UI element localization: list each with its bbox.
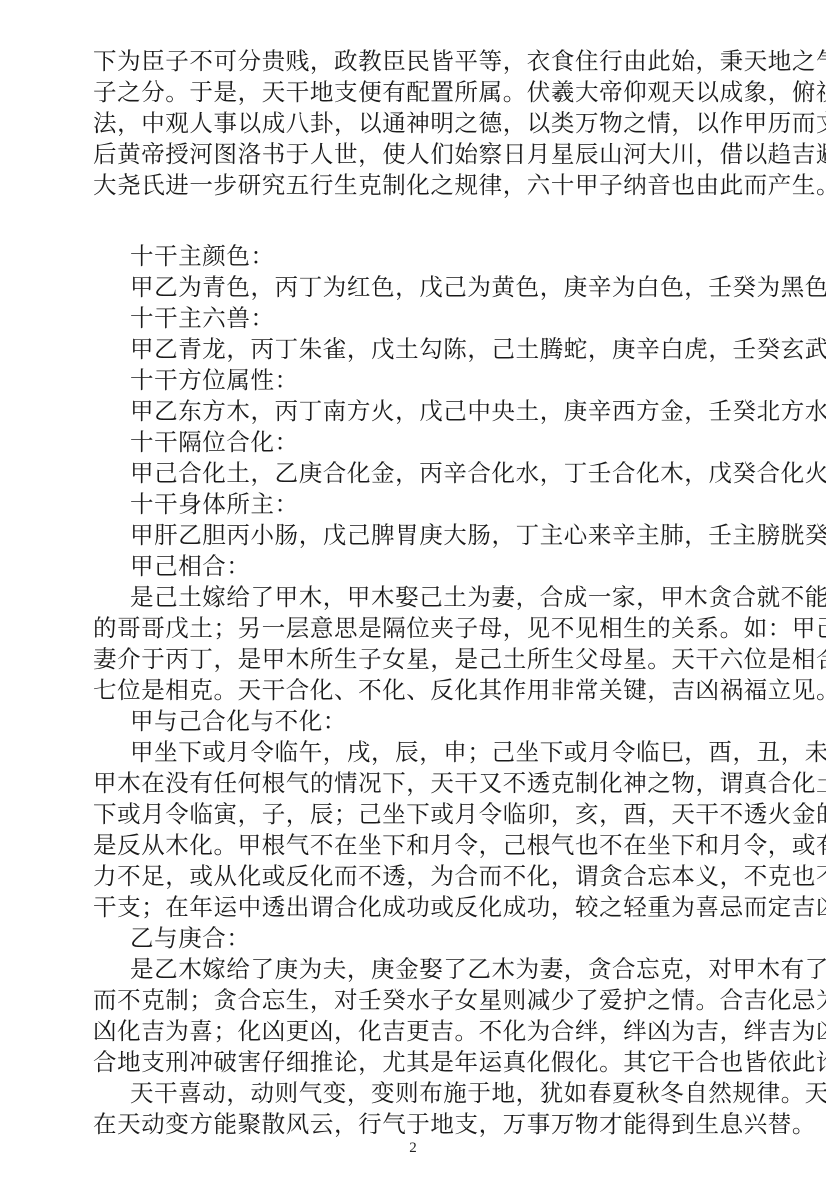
section-six-beasts: 十干主六兽： 甲乙青龙，丙丁朱雀，戊土勾陈，己土腾蛇，庚辛白虎，壬癸玄武。 xyxy=(93,303,735,365)
text-line: 甲坐下或月令临午，戌，辰，申；己坐下或月令临巳，酉，丑，未；也就是 xyxy=(93,737,735,768)
intro-paragraph: 下为臣子不可分贵贱，政教臣民皆平等，衣食住行由此始，秉天地之气而有母 子之分。于… xyxy=(93,46,735,201)
text-line: 七位是相克。天干合化、不化、反化其作用非常关键，吉凶祸福立见。 xyxy=(93,675,735,706)
section-combinations: 十干隔位合化： 甲己合化土，乙庚合化金，丙辛合化水，丁壬合化木，戊癸合化火。 xyxy=(93,427,735,489)
section-directions: 十干方位属性： 甲乙东方木，丙丁南方火，戊己中央土，庚辛西方金，壬癸北方水。 xyxy=(93,365,735,427)
section-heading: 十干主颜色： xyxy=(93,241,735,272)
section-heading: 十干隔位合化： xyxy=(93,427,735,458)
text-line: 在天动变方能聚散风云，行气于地支，万事万物才能得到生息兴替。 xyxy=(93,1109,735,1140)
text-line: 凶化吉为喜；化凶更凶，化吉更吉。不化为合绊，绊凶为吉，绊吉为凶。要配 xyxy=(93,1016,735,1047)
section-jia-ji-transform: 甲与己合化与不化： 甲坐下或月令临午，戌，辰，申；己坐下或月令临巳，酉，丑，未；… xyxy=(93,706,735,923)
section-heading: 乙与庚合： xyxy=(93,923,735,954)
text-line: 子之分。于是，天干地支便有配置所属。伏羲大帝仰观天以成象，俯视地以成 xyxy=(93,77,735,108)
text-line: 甲木在没有任何根气的情况下，天干又不透克制化神之物，谓真合化土。甲坐 xyxy=(93,768,735,799)
text-line: 大尧氏进一步研究五行生克制化之规律，六十甲子纳音也由此而产生。 xyxy=(93,170,735,201)
section-heading: 十干方位属性： xyxy=(93,365,735,396)
text-line: 的哥哥戊土；另一层意思是隔位夹子母，见不见相生的关系。如：甲己合成夫 xyxy=(93,613,735,644)
section-heading: 甲己相合： xyxy=(93,551,735,582)
text-line: 天干喜动，动则气变，变则布施于地，犹如春夏秋冬自然规律。天干天干， xyxy=(93,1078,735,1109)
text-line: 甲乙青龙，丙丁朱雀，戊土勾陈，己土腾蛇，庚辛白虎，壬癸玄武。 xyxy=(93,334,735,365)
text-line: 是反从木化。甲根气不在坐下和月令，己根气也不在坐下和月令，或有一方气 xyxy=(93,830,735,861)
text-line: 甲肝乙胆丙小肠，戊己脾胃庚大肠，丁主心来辛主肺，壬主膀胱癸主肾。 xyxy=(93,520,735,551)
section-yi-geng-combine: 乙与庚合： 是乙木嫁给了庚为夫，庚金娶了乙木为妻，贪合忘克，对甲木有了亲情眷念 … xyxy=(93,923,735,1078)
text-line: 法，中观人事以成八卦，以通神明之德，以类万物之情，以作甲历而文字诞生。 xyxy=(93,108,735,139)
section-heading: 十干主六兽： xyxy=(93,303,735,334)
text-line: 甲己合化土，乙庚合化金，丙辛合化水，丁壬合化木，戊癸合化火。 xyxy=(93,458,735,489)
section-colors: 十干主颜色： 甲乙为青色，丙丁为红色，戊己为黄色，庚辛为白色，壬癸为黑色。 xyxy=(93,241,735,303)
page-number: 2 xyxy=(0,1140,826,1157)
text-line: 是己土嫁给了甲木，甲木娶己土为妻，合成一家，甲木贪合就不能克制己土 xyxy=(93,582,735,613)
text-line: 甲乙为青色，丙丁为红色，戊己为黄色，庚辛为白色，壬癸为黑色。 xyxy=(93,272,735,303)
document-page: 下为臣子不可分贵贱，政教臣民皆平等，衣食住行由此始，秉天地之气而有母 子之分。于… xyxy=(93,46,735,1140)
section-heading: 十干身体所主： xyxy=(93,489,735,520)
text-line: 力不足，或从化或反化而不透，为合而不化，谓贪合忘本义，不克也不生其它 xyxy=(93,861,735,892)
text-line: 妻介于丙丁，是甲木所生子女星，是己土所生父母星。天干六位是相合，五位 xyxy=(93,644,735,675)
closing-paragraph: 天干喜动，动则气变，变则布施于地，犹如春夏秋冬自然规律。天干天干， 在天动变方能… xyxy=(93,1078,735,1140)
section-body-organs: 十干身体所主： 甲肝乙胆丙小肠，戊己脾胃庚大肠，丁主心来辛主肺，壬主膀胱癸主肾。 xyxy=(93,489,735,551)
text-line: 下或月令临寅，子，辰；己坐下或月令临卯，亥，酉，天干不透火金的情况下 xyxy=(93,799,735,830)
section-jia-ji-combine: 甲己相合： 是己土嫁给了甲木，甲木娶己土为妻，合成一家，甲木贪合就不能克制己土 … xyxy=(93,551,735,706)
text-line: 合地支刑冲破害仔细推论，尤其是年运真化假化。其它干合也皆依此论断。 xyxy=(93,1047,735,1078)
text-line: 后黄帝授河图洛书于人世，使人们始察日月星辰山河大川，借以趋吉避凶。后 xyxy=(93,139,735,170)
paragraph-gap xyxy=(93,201,735,241)
text-line: 而不克制；贪合忘生，对壬癸水子女星则减少了爱护之情。合吉化忌为凶，合 xyxy=(93,985,735,1016)
section-heading: 甲与己合化与不化： xyxy=(93,706,735,737)
text-line: 下为臣子不可分贵贱，政教臣民皆平等，衣食住行由此始，秉天地之气而有母 xyxy=(93,46,735,77)
text-line: 干支；在年运中透出谓合化成功或反化成功，较之轻重为喜忌而定吉凶。 xyxy=(93,892,735,923)
text-line: 是乙木嫁给了庚为夫，庚金娶了乙木为妻，贪合忘克，对甲木有了亲情眷念 xyxy=(93,954,735,985)
text-line: 甲乙东方木，丙丁南方火，戊己中央土，庚辛西方金，壬癸北方水。 xyxy=(93,396,735,427)
